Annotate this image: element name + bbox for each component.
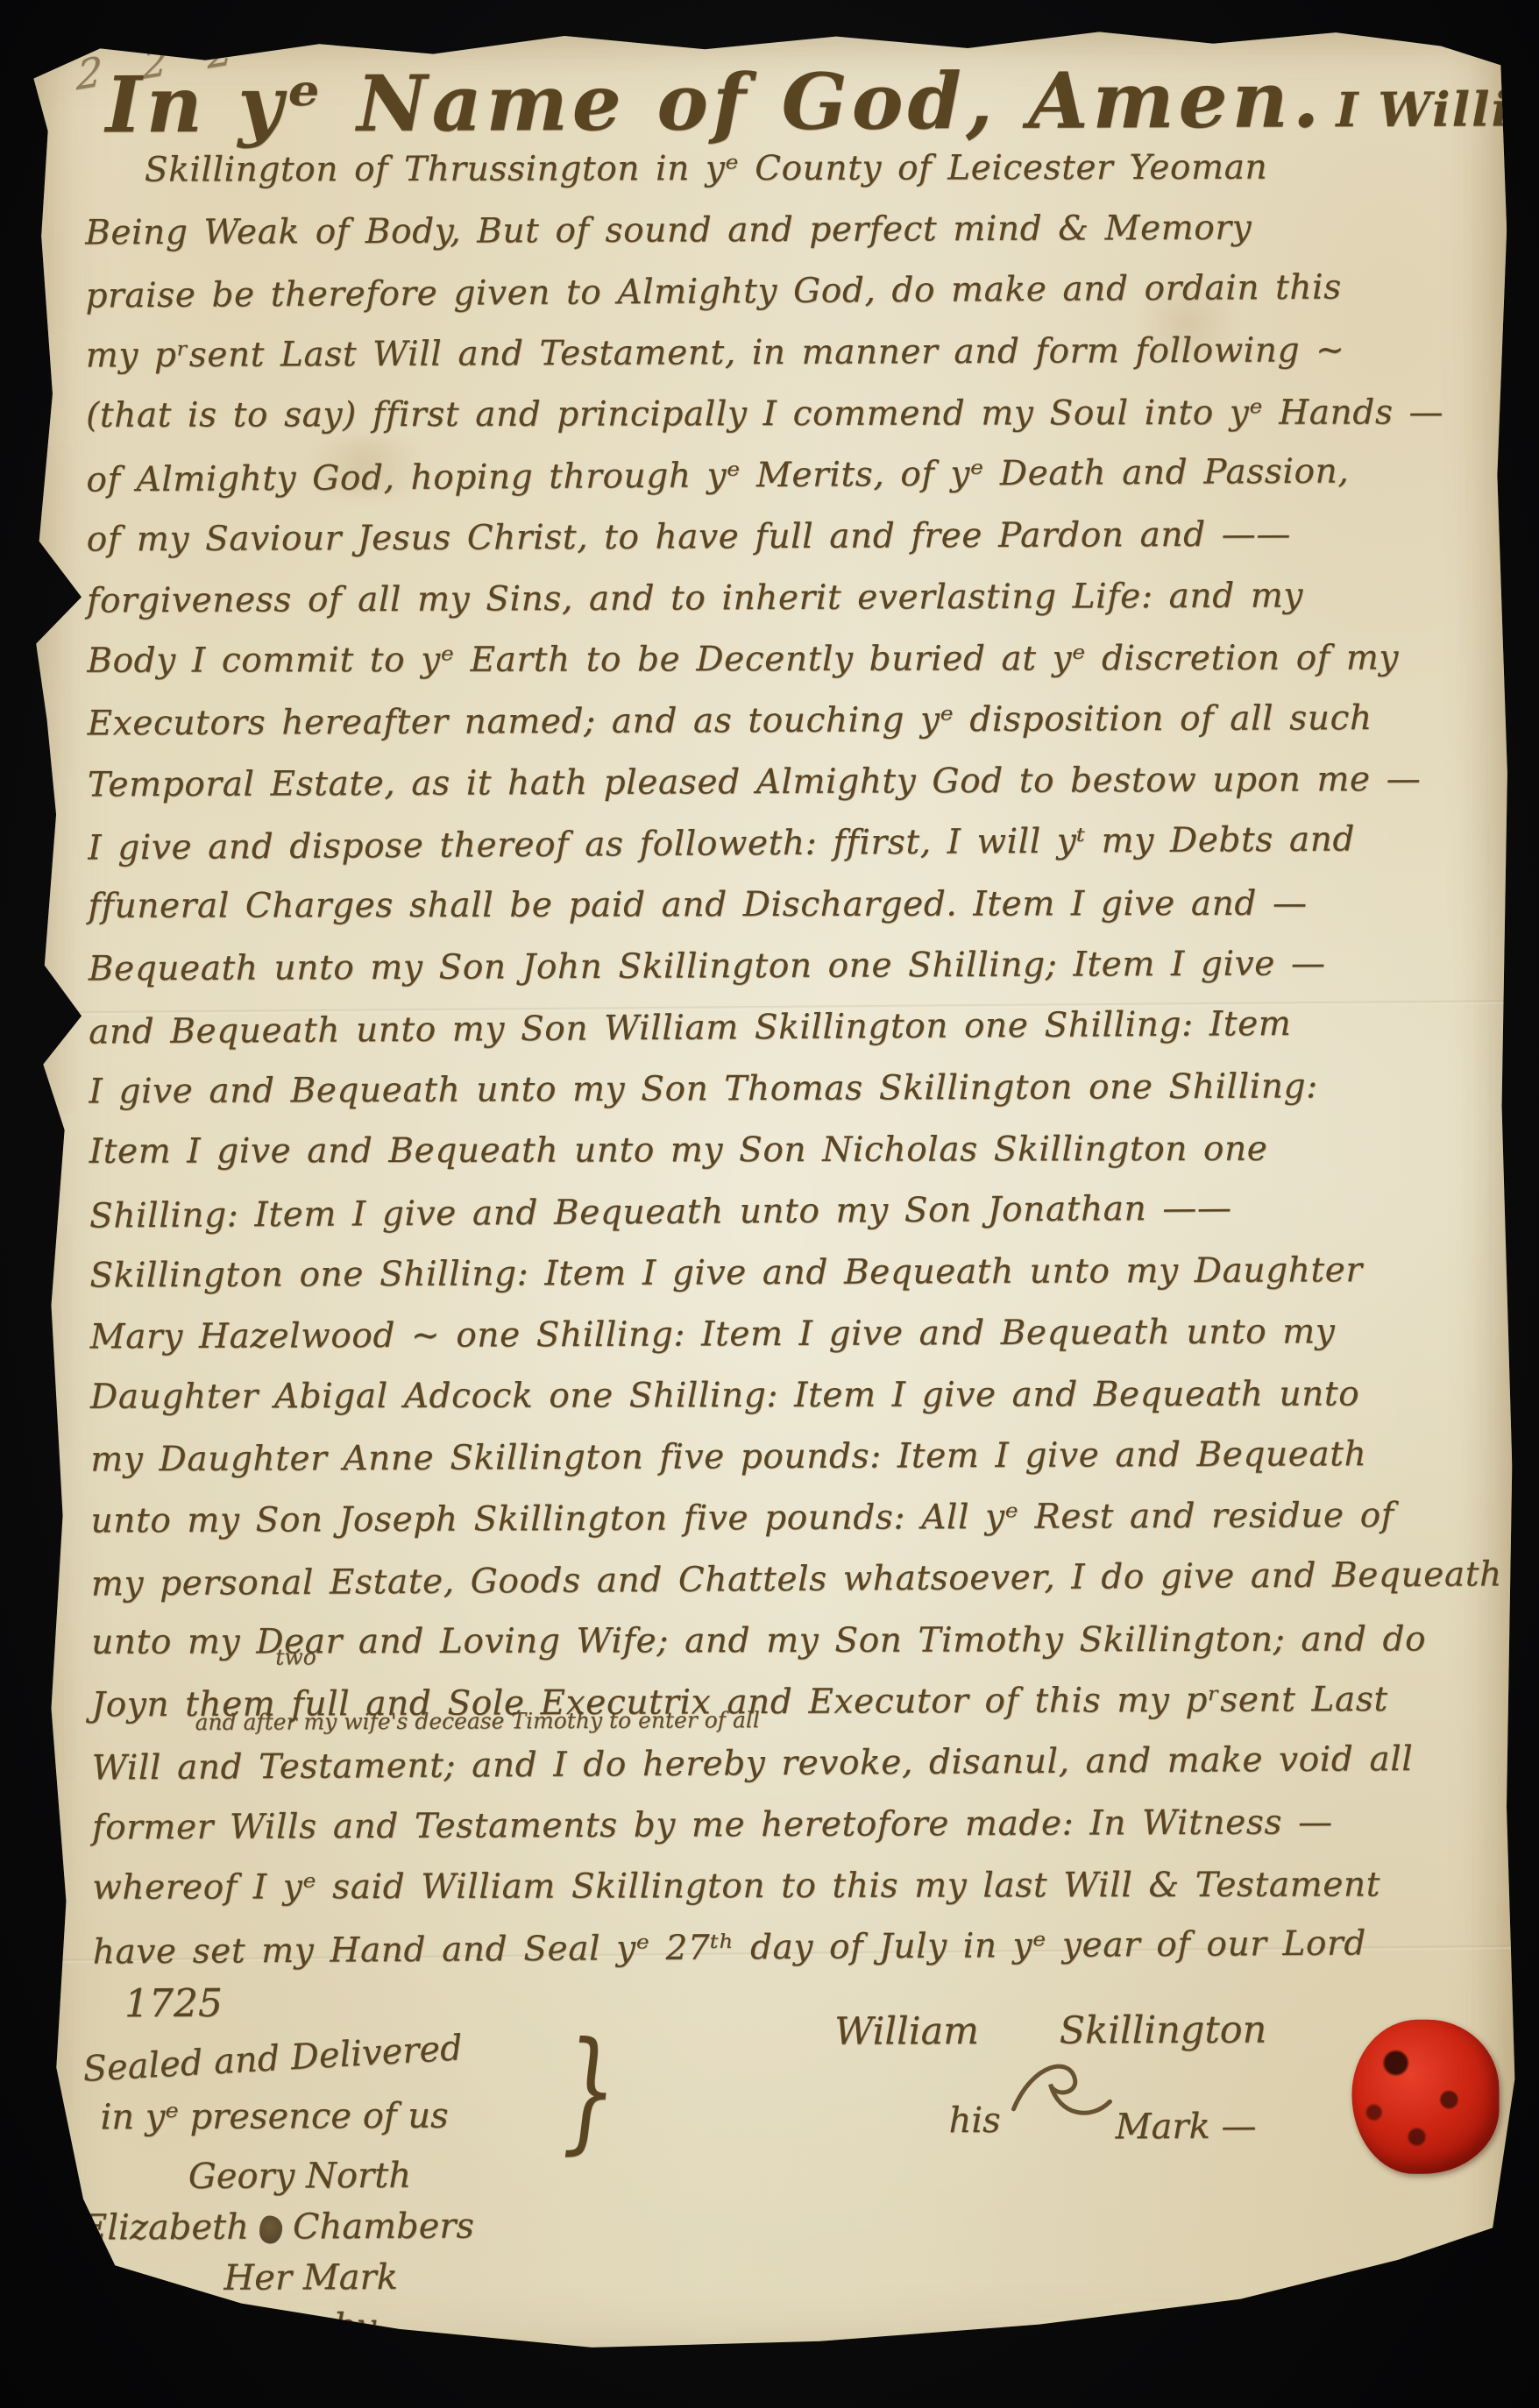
- manuscript-line: I give and Bequeath unto my Son Thomas S…: [89, 1056, 1463, 1123]
- manuscript-line: Skillington of Thrussington in yᵉ County…: [145, 137, 1459, 201]
- manuscript-line: former Wills and Testaments by me hereto…: [92, 1792, 1466, 1859]
- interlineation-wife-clause: and after my wife's decease Timothy to e…: [195, 1707, 760, 1735]
- manuscript-line: Skillington one Shilling: Item I give an…: [89, 1240, 1464, 1307]
- attestation-sealed-delivered: Sealed and Delivered: [82, 2028, 464, 2090]
- chambers-mark-symbol: [259, 2215, 282, 2243]
- witness-signature-barsby: Joseph Barsby: [122, 2306, 376, 2348]
- manuscript-line: Temporal Estate, as it hath pleased Almi…: [88, 749, 1462, 817]
- manuscript-line: my pʳsent Last Will and Testament, in ma…: [86, 320, 1460, 387]
- manuscript-line: Body I commit to yᵉ Earth to be Decently…: [87, 627, 1461, 692]
- manuscript-line: Shilling: Item I give and Bequeath unto …: [89, 1176, 1464, 1247]
- testator-his-label: his: [948, 2100, 1000, 2141]
- testator-mark-symbol: [1003, 2050, 1117, 2138]
- manuscript-line: my Daughter Anne Skillington five pounds…: [90, 1424, 1465, 1491]
- witness-chambers-last: Chambers: [293, 2206, 474, 2247]
- manuscript-line: of my Saviour Jesus Christ, to have full…: [87, 504, 1461, 571]
- manuscript-line: (that is to say) ffirst and principally …: [86, 382, 1460, 447]
- testator-signature-name: William Skillington: [834, 2008, 1266, 2054]
- manuscript-line: ffuneral Charges shall be paid and Disch…: [88, 873, 1462, 938]
- title-main: In yᵉ Name of God, Amen.: [105, 53, 1323, 150]
- manuscript-line: whereof I yᵉ said William Skillington to…: [92, 1854, 1466, 1919]
- attestation-presence: in yᵉ presence of us: [100, 2096, 448, 2138]
- manuscript-line: Mary Hazelwood ~ one Shilling: Item I gi…: [90, 1301, 1465, 1369]
- manuscript-line: Will and Testament; and I do hereby revo…: [92, 1728, 1466, 1799]
- manuscript-line: my personal Estate, Goods and Chattels w…: [91, 1544, 1465, 1615]
- witness-her-mark-label: Her Mark: [223, 2257, 398, 2298]
- manuscript-line: Bequeath unto my Son John Skillington on…: [89, 933, 1463, 1001]
- manuscript-line: of Almighty God, hoping through yᵉ Merit…: [86, 441, 1460, 512]
- manuscript-line: I give and dispose thereof as followeth:…: [88, 808, 1462, 879]
- manuscript-line: forgiveness of all my Sins, and to inher…: [87, 565, 1461, 633]
- manuscript-line: have set my Hand and Seal yᵉ 27ᵗʰ day of…: [92, 1912, 1466, 1983]
- manuscript-line: Daughter Abigal Adcock one Shilling: Ite…: [90, 1363, 1465, 1428]
- photograph-background: 2 2 2 In yᵉ Name of God, Amen.I William …: [0, 0, 1539, 2408]
- witness-signature-chambers: ElizabethChambers: [82, 2206, 474, 2248]
- year-date: 1725: [124, 1981, 223, 2026]
- manuscript-line: and Bequeath unto my Son William Skillin…: [89, 992, 1463, 1063]
- will-body-text: Skillington of Thrussington in yᵉ County…: [85, 136, 1467, 1982]
- manuscript-line: unto my Son Joseph Skillington five poun…: [90, 1485, 1465, 1553]
- wax-seal: [1351, 2019, 1500, 2174]
- witness-chambers-first: Elizabeth: [82, 2207, 249, 2249]
- title-tail: I William —: [1336, 81, 1539, 138]
- manuscript-line: Executors hereafter named; and as touchi…: [87, 688, 1461, 755]
- testator-mark-label: Mark —: [1116, 2107, 1257, 2148]
- witness-signature-north: Geory North: [188, 2156, 411, 2197]
- manuscript-line: Being Weak of Body, But of sound and per…: [85, 197, 1459, 265]
- interlineation-two: two: [275, 1644, 316, 1669]
- manuscript-page: 2 2 2 In yᵉ Name of God, Amen.I William …: [21, 19, 1518, 2384]
- manuscript-line: Item I give and Bequeath unto my Son Nic…: [89, 1118, 1464, 1183]
- attestation-brace: }: [562, 2015, 617, 2167]
- manuscript-line: praise be therefore given to Almighty Go…: [85, 257, 1459, 328]
